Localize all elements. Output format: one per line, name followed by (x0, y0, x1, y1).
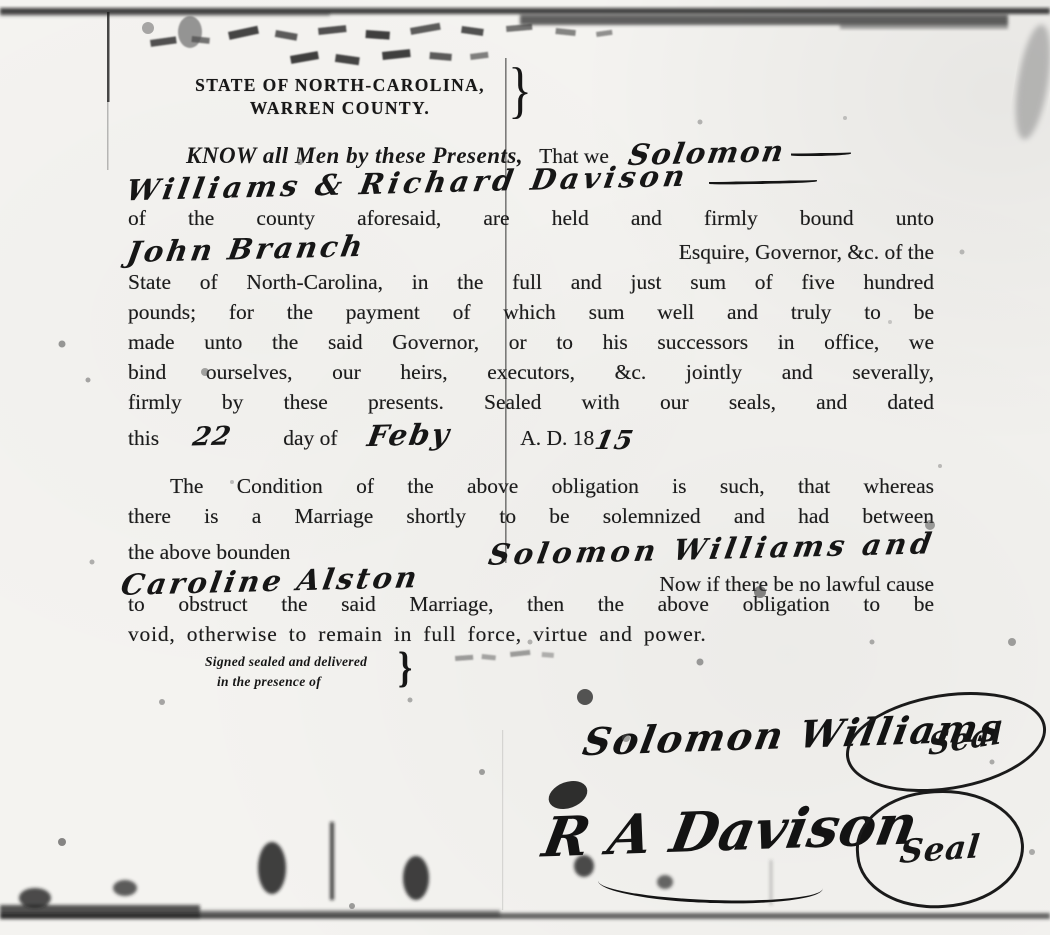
handwritten-bondsmen-names: Williams & Richard Davison (124, 159, 692, 208)
attestation-brace: } (398, 642, 412, 692)
bond-date-line: this 22 day of Feby A. D. 18 15 (128, 418, 934, 458)
letterhead-county-line: WARREN COUNTY. (150, 97, 530, 120)
attestation-line-1: Signed sealed and delivered (205, 652, 430, 672)
bond-line-7: made unto the said Governor, or to his s… (128, 330, 934, 360)
bond-line-5: State of North-Carolina, in the full and… (128, 270, 934, 300)
right-edge-smudge (1009, 22, 1050, 141)
seal-word-2: Seal (898, 827, 982, 871)
document-top-edge (0, 8, 1050, 29)
document-letterhead: STATE OF NORTH-CAROLINA, WARREN COUNTY. (150, 74, 530, 120)
bond-line-6: pounds; for the payment of which sum wel… (128, 300, 934, 330)
above-bounden-text: the above bounden (128, 540, 290, 565)
condition-line-5: to obstruct the said Marriage, then the … (128, 592, 934, 622)
seal-word-1: Seal (928, 715, 1003, 762)
attestation-line-2: in the presence of (205, 672, 430, 692)
signature-underline-flourish (597, 858, 823, 907)
seal-flourish-1: Seal (839, 679, 1050, 805)
this-text: this (128, 426, 159, 450)
pen-flourish-dash (791, 152, 851, 156)
bleed-through-writing (150, 16, 613, 65)
handwritten-year: 15 (593, 426, 637, 456)
letterhead-brace: } (508, 53, 532, 126)
anno-domini-text: A. D. 18 (520, 426, 594, 450)
handwritten-month: Feby (365, 417, 454, 453)
bond-line-2: Williams & Richard Davison (128, 166, 934, 204)
condition-line-6: void, otherwise to remain in full force,… (128, 622, 934, 652)
letterhead-state-line: STATE OF NORTH-CAROLINA, (150, 74, 530, 97)
handwritten-governor-name: John Branch (125, 229, 369, 269)
governor-title-text: Esquire, Governor, &c. of the (679, 240, 934, 265)
handwritten-day: 22 (190, 422, 233, 453)
attestation-clause: Signed sealed and delivered in the prese… (205, 652, 430, 691)
day-of-text: day of (283, 426, 337, 450)
bond-line-4: John Branch Esquire, Governor, &c. of th… (128, 232, 934, 270)
condition-line-1: The Condition of the above obligation is… (128, 474, 934, 504)
bond-line-8: bind ourselves, our heirs, executors, &c… (128, 360, 934, 390)
pen-flourish-dash (709, 180, 817, 185)
bond-line-9: firmly by these presents. Sealed with ou… (128, 390, 934, 420)
scanned-marriage-bond-document: STATE OF NORTH-CAROLINA, WARREN COUNTY. … (0, 0, 1050, 935)
